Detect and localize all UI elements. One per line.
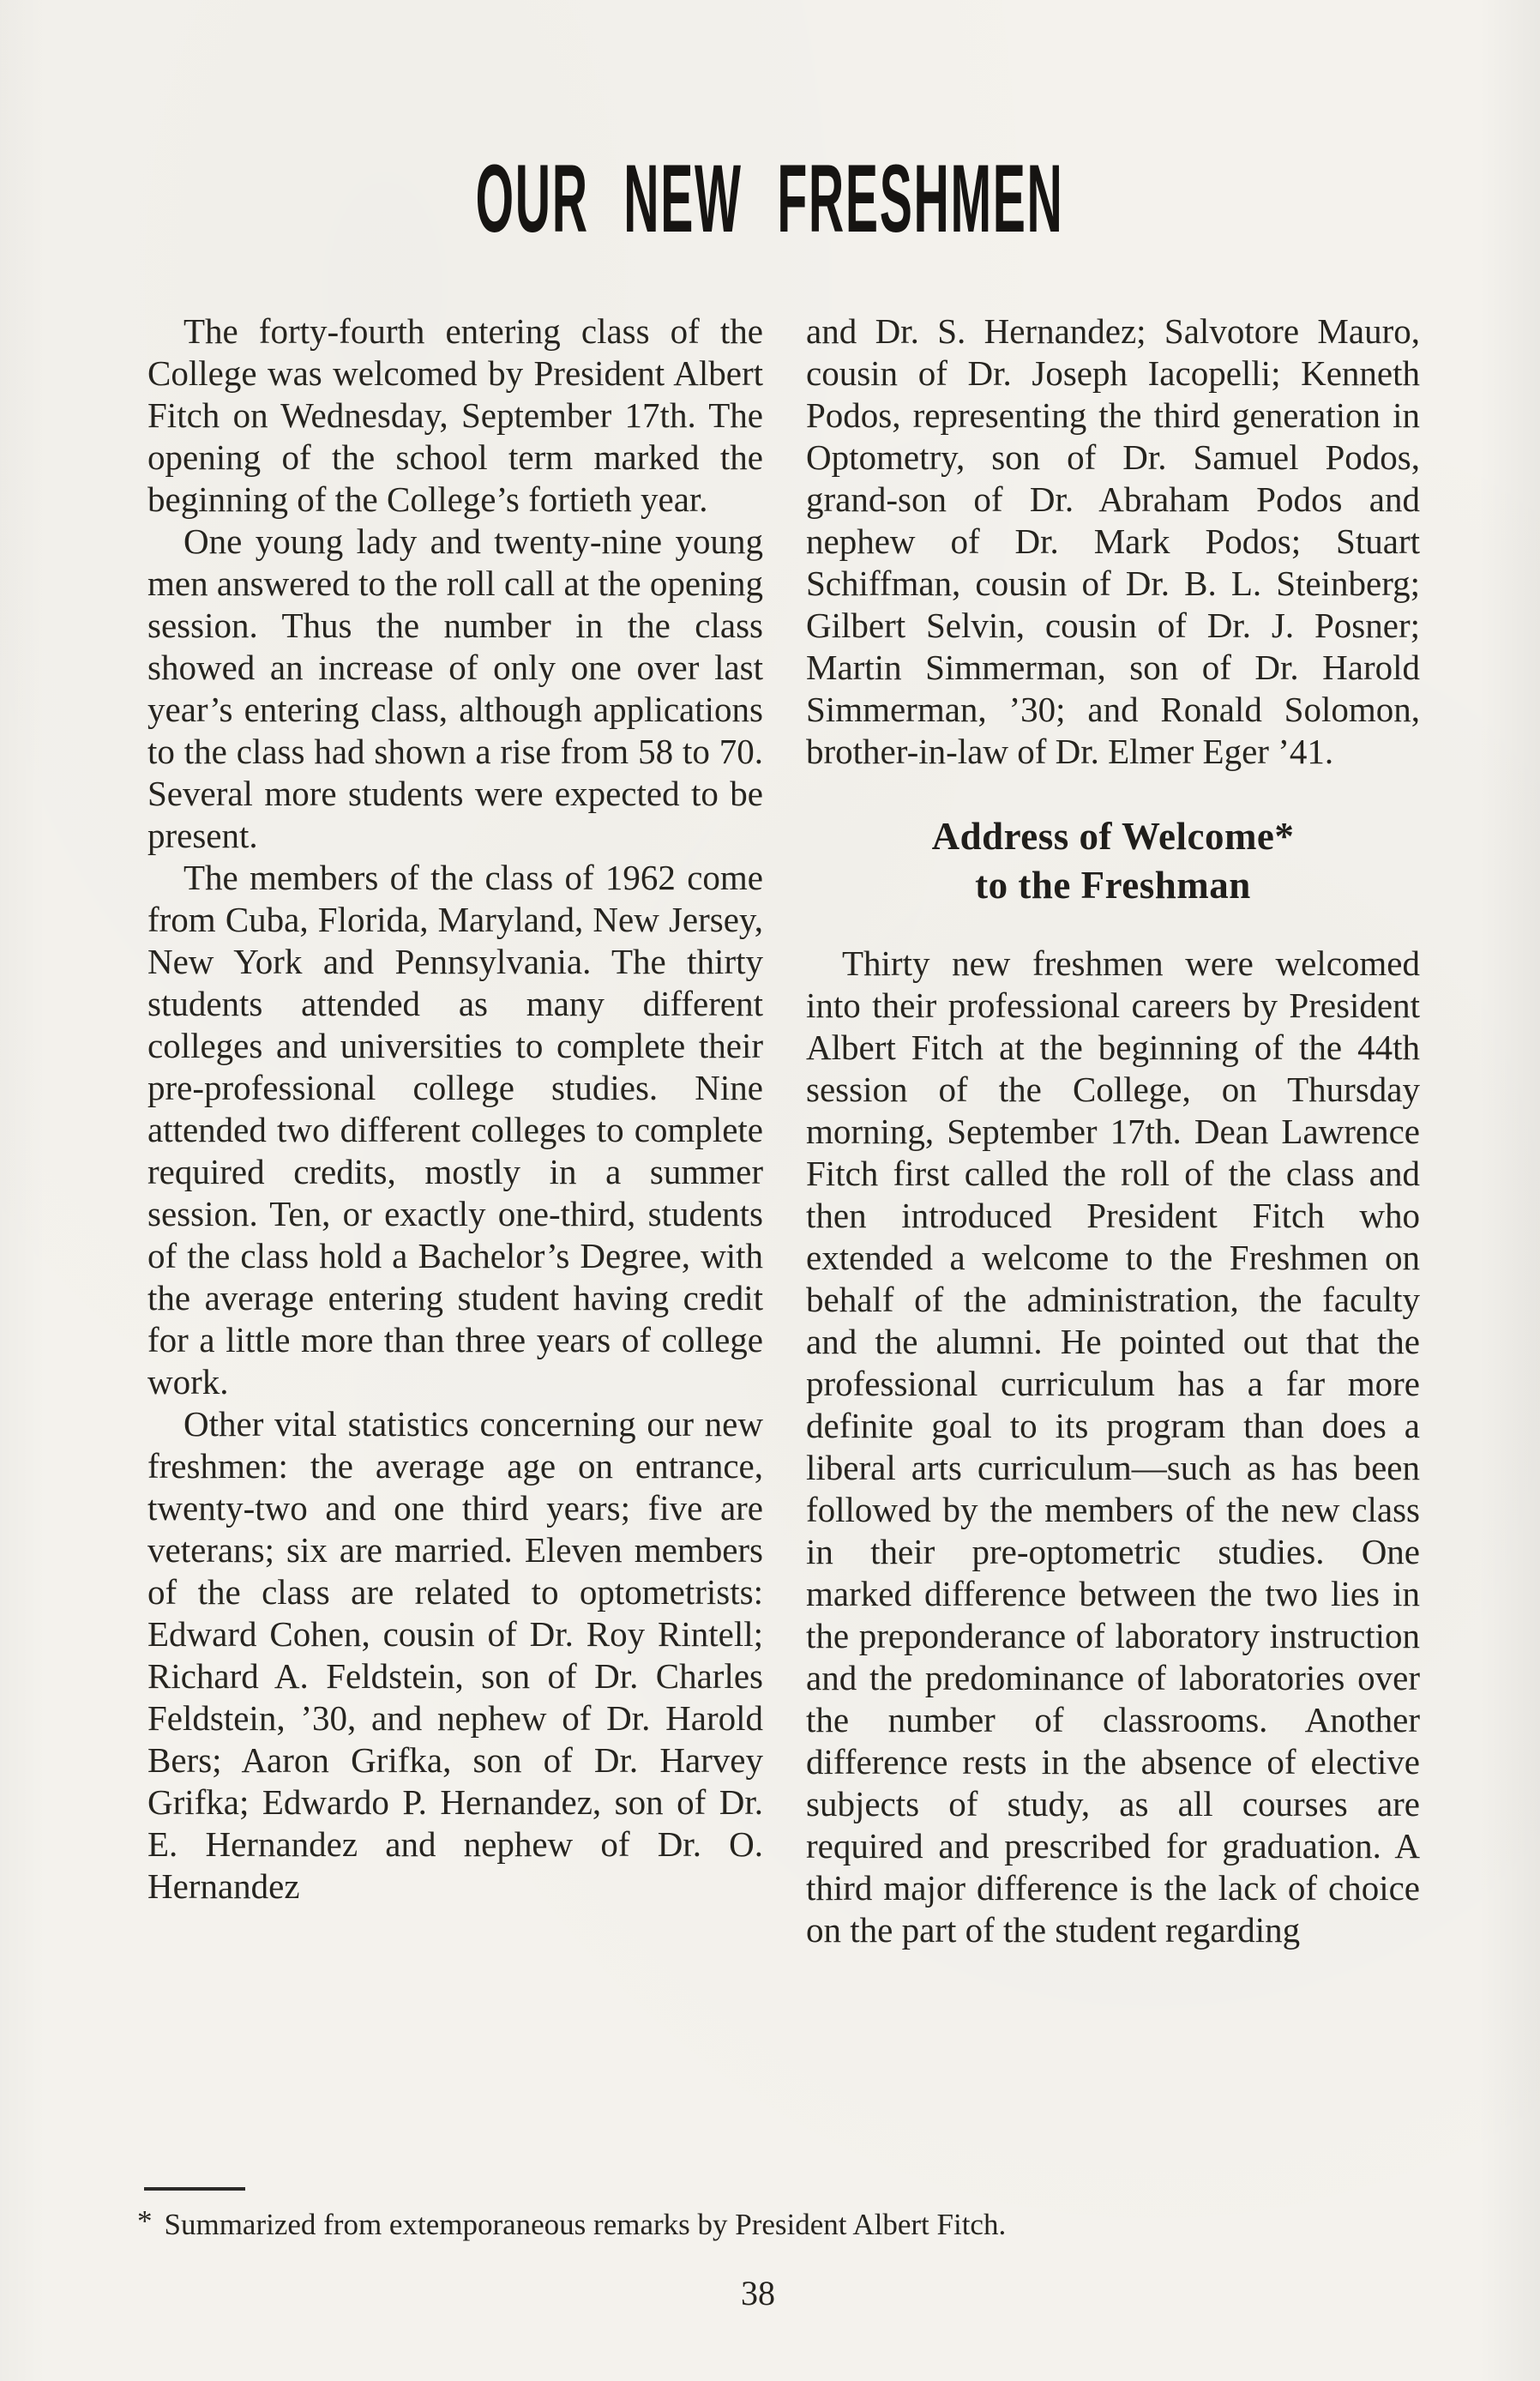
paragraph-opening: The forty-fourth entering class of the C… [147, 310, 763, 521]
section-heading-line-1: Address of Welcome* [806, 812, 1420, 861]
footnote-asterisk: * [137, 2204, 165, 2238]
paragraph-roll-call: One young lady and twenty-nine young men… [147, 521, 763, 857]
scanned-magazine-page: OUR NEW FRESHMEN The forty-fourth enteri… [0, 0, 1540, 2381]
article-title-wrap: OUR NEW FRESHMEN [0, 151, 1540, 240]
paragraph-vital-statistics: Other vital statistics concerning our ne… [147, 1403, 763, 1908]
footnote-text: *Summarized from extemporaneous remarks … [137, 2206, 1338, 2244]
page-number: 38 [0, 2273, 1516, 2313]
paragraph-class-origins: The members of the class of 1962 come fr… [147, 857, 763, 1403]
article-body: The forty-fourth entering class of the C… [147, 310, 1420, 1951]
article-title: OUR NEW FRESHMEN [476, 151, 1064, 247]
section-heading: Address of Welcome* to the Freshman [806, 812, 1420, 910]
footnote-body: Summarized from extemporaneous remarks b… [165, 2208, 1007, 2241]
right-column: and Dr. S. Hernandez; Salvotore Mauro, c… [806, 310, 1420, 1951]
left-column: The forty-fourth entering class of the C… [147, 310, 763, 1951]
paragraph-address-of-welcome: Thirty new freshmen were welcomed into t… [806, 943, 1420, 1951]
paragraph-relatives-continuation: and Dr. S. Hernandez; Salvotore Mauro, c… [806, 310, 1420, 773]
footnote: *Summarized from extemporaneous remarks … [137, 2187, 1338, 2244]
section-heading-line-2: to the Freshman [806, 861, 1420, 910]
footnote-rule [144, 2187, 245, 2191]
